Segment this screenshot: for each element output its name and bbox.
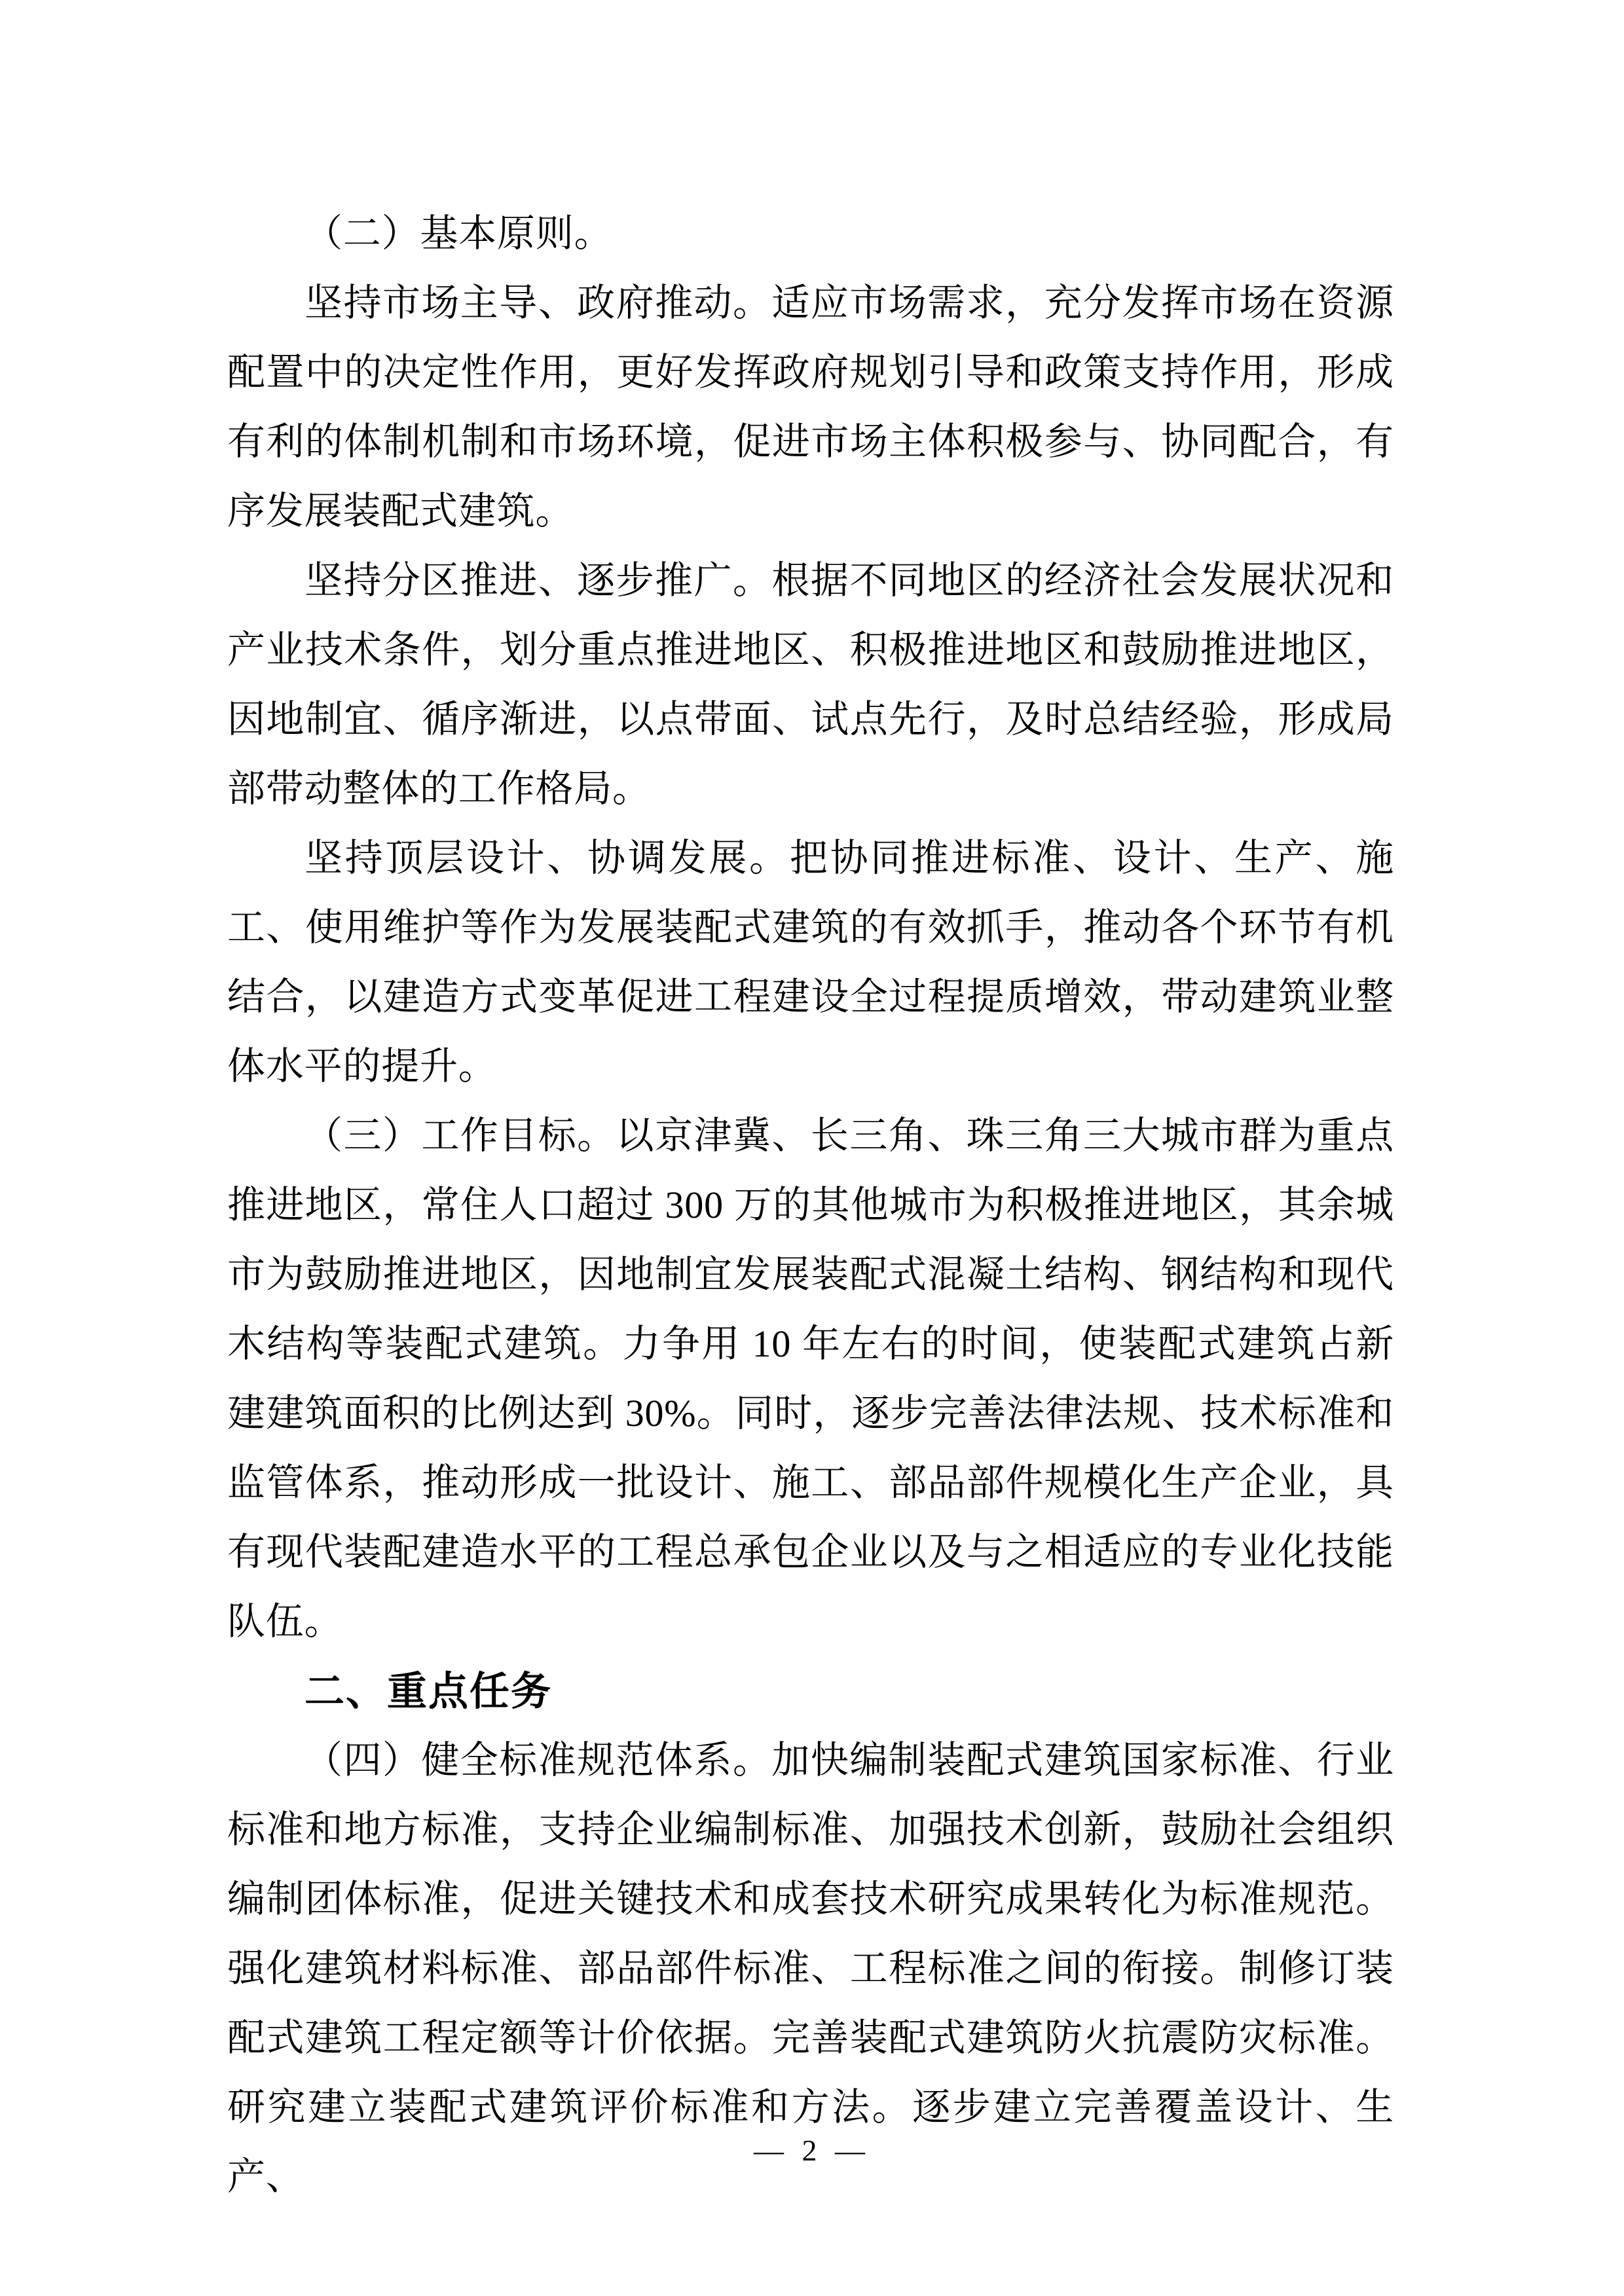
page-number: — 2 — [0, 2133, 1624, 2168]
paragraph-market-led-government-driven: 坚持市场主导、政府推动。适应市场需求，充分发挥市场在资源配置中的决定性作用，更好… [227, 268, 1394, 546]
section-heading-key-tasks: 二、重点任务 [227, 1656, 1394, 1726]
document-page: （二）基本原则。 坚持市场主导、政府推动。适应市场需求，充分发挥市场在资源配置中… [0, 0, 1624, 2296]
paragraph-zoned-advancement: 坚持分区推进、逐步推广。根据不同地区的经济社会发展状况和产业技术条件，划分重点推… [227, 546, 1394, 824]
paragraph-top-level-design: 坚持顶层设计、协调发展。把协同推进标准、设计、生产、施工、使用维护等作为发展装配… [227, 824, 1394, 1101]
paragraph-item-3-work-goals: （三）工作目标。以京津冀、长三角、珠三角三大城市群为重点推进地区，常住人口超过 … [227, 1101, 1394, 1656]
paragraph-item-2-basic-principles: （二）基本原则。 [227, 199, 1394, 268]
document-content: （二）基本原则。 坚持市场主导、政府推动。适应市场需求，充分发挥市场在资源配置中… [227, 199, 1394, 2212]
